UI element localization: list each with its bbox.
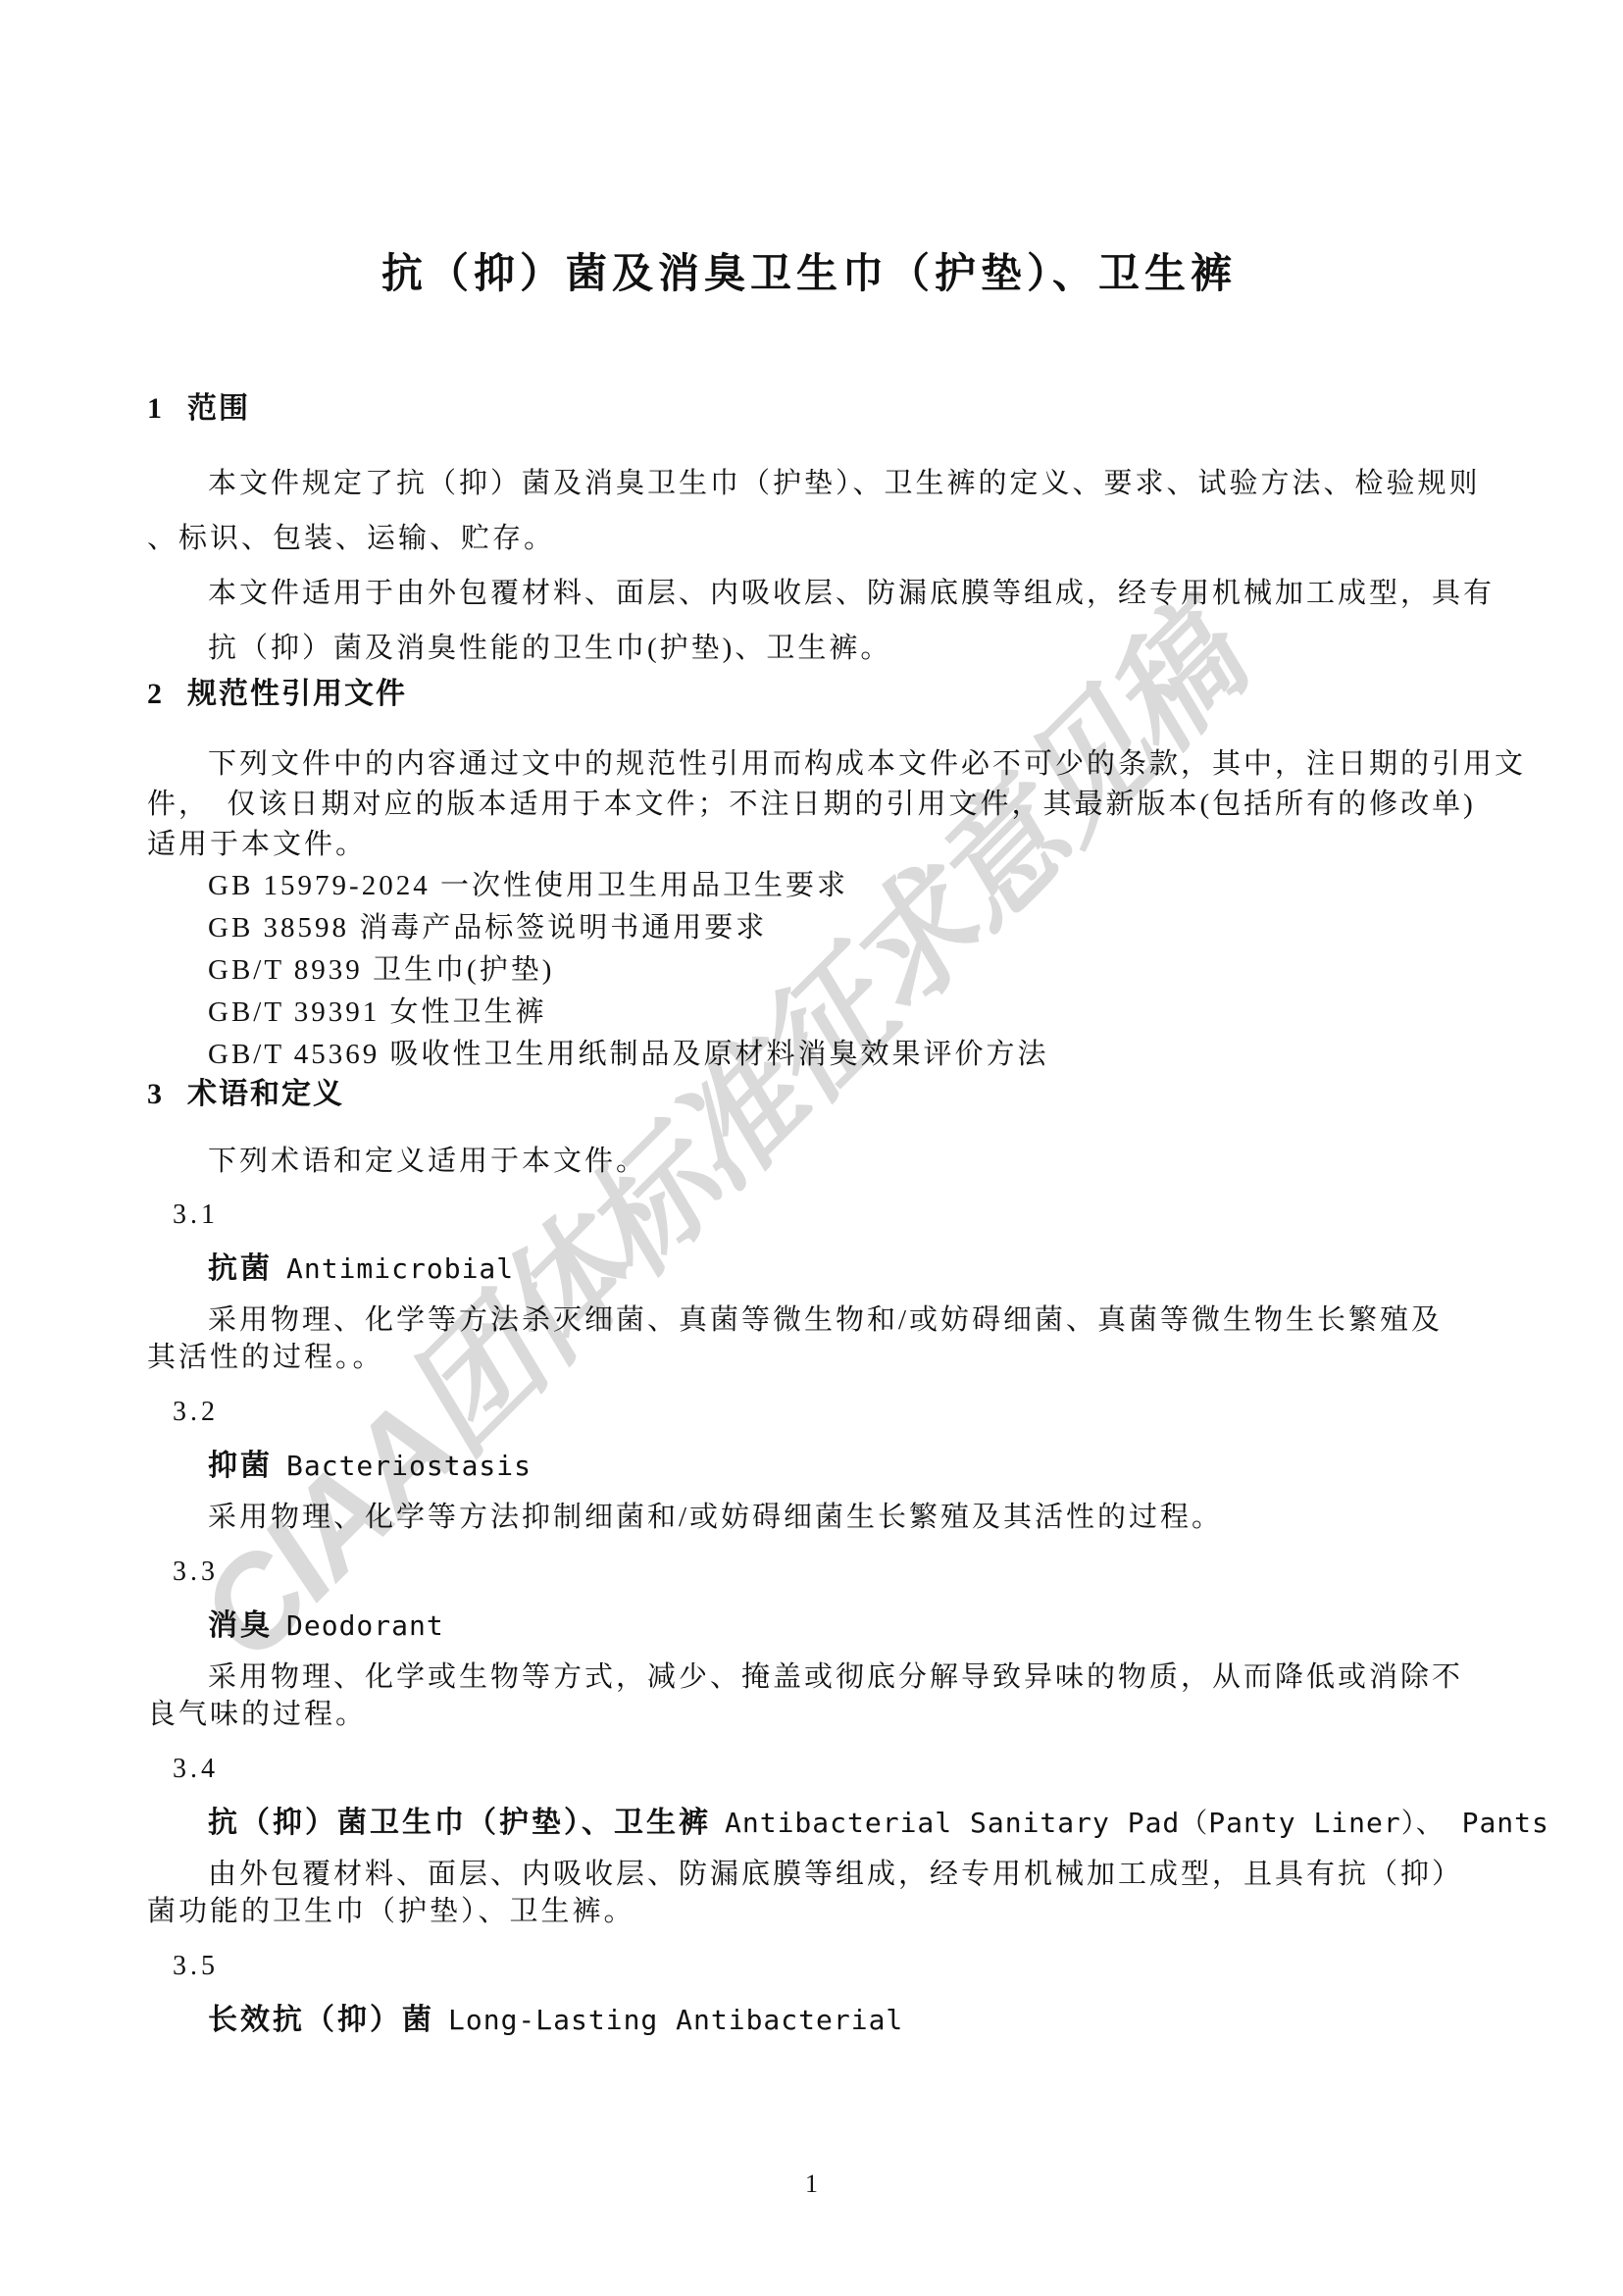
scope-paragraph-2: 本文件适用于由外包覆材料、面层、内吸收层、防漏底膜等组成，经专用机械加工成型，具…	[147, 566, 1471, 676]
normative-references-intro: 下列文件中的内容通过文中的规范性引用而构成本文件必不可少的条款，其中，注日期的引…	[147, 744, 1471, 865]
scope-paragraph-1: 本文件规定了抗（抑）菌及消臭卫生巾（护垫）、卫生裤的定义、要求、试验方法、检验规…	[147, 456, 1471, 566]
paragraph-line: 下列文件中的内容通过文中的规范性引用而构成本文件必不可少的条款，其中，注日期的引…	[147, 744, 1471, 785]
paragraph-line: 其活性的过程。。	[147, 1339, 1471, 1376]
paragraph-line: 本文件规定了抗（抑）菌及消臭卫生巾（护垫）、卫生裤的定义、要求、试验方法、检验规…	[147, 456, 1471, 511]
clause-number: 3.2	[147, 1395, 1471, 1430]
term-heading: 抑菌Bacteriostasis	[147, 1447, 1471, 1486]
term-block: 3.1 抗菌Antimicrobial 采用物理、化学等方法杀灭细菌、真菌等微生…	[147, 1198, 1471, 1376]
clause-number: 3.4	[147, 1752, 1471, 1787]
paragraph-line: 抗（抑）菌及消臭性能的卫生巾(护垫)、卫生裤。	[147, 621, 1471, 676]
paragraph-line: 本文件适用于由外包覆材料、面层、内吸收层、防漏底膜等组成，经专用机械加工成型，具…	[147, 566, 1471, 621]
paragraph-line: 采用物理、化学等方法抑制细菌和/或妨碍细菌生长繁殖及其活性的过程。	[147, 1499, 1471, 1536]
reference-item: GB/T 39391 女性卫生裤	[147, 992, 1471, 1034]
term-heading: 消臭Deodorant	[147, 1607, 1471, 1646]
term-block: 3.3 消臭Deodorant 采用物理、化学或生物等方式，减少、掩盖或彻底分解…	[147, 1555, 1471, 1733]
term-block: 3.5 长效抗（抑）菌Long-Lasting Antibacterial	[147, 1949, 1471, 2040]
term-block: 3.4 抗（抑）菌卫生巾（护垫）、卫生裤Antibacterial Sanita…	[147, 1752, 1471, 1930]
reference-item: GB 15979-2024 一次性使用卫生用品卫生要求	[147, 865, 1471, 907]
document-content: 抗（抑）菌及消臭卫生巾（护垫）、卫生裤 1范围 本文件规定了抗（抑）菌及消臭卫生…	[147, 251, 1471, 2053]
reference-item: GB 38598 消毒产品标签说明书通用要求	[147, 907, 1471, 949]
term-name-zh: 消臭	[208, 1609, 273, 1642]
term-definition: 采用物理、化学等方法杀灭细菌、真菌等微生物和/或妨碍细菌、真菌等微生物生长繁殖及…	[147, 1301, 1471, 1376]
normative-references-list: GB 15979-2024 一次性使用卫生用品卫生要求 GB 38598 消毒产…	[147, 865, 1471, 1076]
term-name-zh: 抑菌	[208, 1450, 273, 1482]
section-3-number: 3	[147, 1076, 162, 1113]
paragraph-line: 采用物理、化学等方法杀灭细菌、真菌等微生物和/或妨碍细菌、真菌等微生物生长繁殖及	[147, 1301, 1471, 1339]
term-name-en: Long-Lasting Antibacterial	[448, 2004, 903, 2036]
term-definition: 由外包覆材料、面层、内吸收层、防漏底膜等组成，经专用机械加工成型，且具有抗（抑）…	[147, 1856, 1471, 1930]
term-definition: 采用物理、化学或生物等方式，减少、掩盖或彻底分解导致异味的物质，从而降低或消除不…	[147, 1658, 1471, 1733]
paragraph-line: 菌功能的卫生巾（护垫）、卫生裤。	[147, 1893, 1471, 1930]
term-name-en: Bacteriostasis	[286, 1450, 532, 1482]
term-name-zh: 抗（抑）菌卫生巾（护垫）、卫生裤	[208, 1807, 711, 1839]
clause-number: 3.1	[147, 1198, 1471, 1233]
term-heading: 抗菌Antimicrobial	[147, 1250, 1471, 1289]
section-1-heading: 1范围	[147, 390, 1471, 428]
section-3-heading: 3术语和定义	[147, 1076, 1471, 1113]
paragraph-line: 良气味的过程。	[147, 1696, 1471, 1733]
paragraph-line: 采用物理、化学或生物等方式，减少、掩盖或彻底分解导致异味的物质，从而降低或消除不	[147, 1658, 1471, 1696]
section-2-heading: 2规范性引用文件	[147, 676, 1471, 713]
term-heading: 抗（抑）菌卫生巾（护垫）、卫生裤Antibacterial Sanitary P…	[147, 1804, 1471, 1843]
term-name-en: Antimicrobial	[286, 1252, 514, 1285]
clause-number: 3.3	[147, 1555, 1471, 1590]
terms-intro: 下列术语和定义适用于本文件。	[147, 1142, 1471, 1182]
reference-item: GB/T 45369 吸收性卫生用纸制品及原材料消臭效果评价方法	[147, 1034, 1471, 1076]
term-name-en: Antibacterial Sanitary Pad（Panty Liner）、…	[725, 1807, 1549, 1839]
document-page: CIAA团体标准征求意见稿 抗（抑）菌及消臭卫生巾（护垫）、卫生裤 1范围 本文…	[0, 0, 1623, 2296]
page-number: 1	[0, 2169, 1623, 2199]
section-1-title: 范围	[187, 392, 250, 425]
paragraph-line: 适用于本文件。	[147, 825, 1471, 865]
section-3-title: 术语和定义	[187, 1078, 344, 1110]
term-heading: 长效抗（抑）菌Long-Lasting Antibacterial	[147, 2001, 1471, 2040]
paragraph-line: 、标识、包装、运输、贮存。	[147, 511, 1471, 566]
paragraph-line: 由外包覆材料、面层、内吸收层、防漏底膜等组成，经专用机械加工成型，且具有抗（抑）	[147, 1856, 1471, 1893]
reference-item: GB/T 8939 卫生巾(护垫)	[147, 949, 1471, 992]
term-block: 3.2 抑菌Bacteriostasis 采用物理、化学等方法抑制细菌和/或妨碍…	[147, 1395, 1471, 1536]
term-name-en: Deodorant	[286, 1609, 444, 1642]
clause-number: 3.5	[147, 1949, 1471, 1984]
term-name-zh: 抗菌	[208, 1252, 273, 1285]
page-title: 抗（抑）菌及消臭卫生巾（护垫）、卫生裤	[147, 251, 1471, 296]
term-name-zh: 长效抗（抑）菌	[208, 2004, 434, 2036]
section-1-number: 1	[147, 390, 162, 428]
term-definition: 采用物理、化学等方法抑制细菌和/或妨碍细菌生长繁殖及其活性的过程。	[147, 1499, 1471, 1536]
section-2-number: 2	[147, 676, 162, 713]
paragraph-line: 件， 仅该日期对应的版本适用于本文件；不注日期的引用文件，其最新版本(包括所有的…	[147, 785, 1471, 825]
section-2-title: 规范性引用文件	[187, 678, 407, 710]
